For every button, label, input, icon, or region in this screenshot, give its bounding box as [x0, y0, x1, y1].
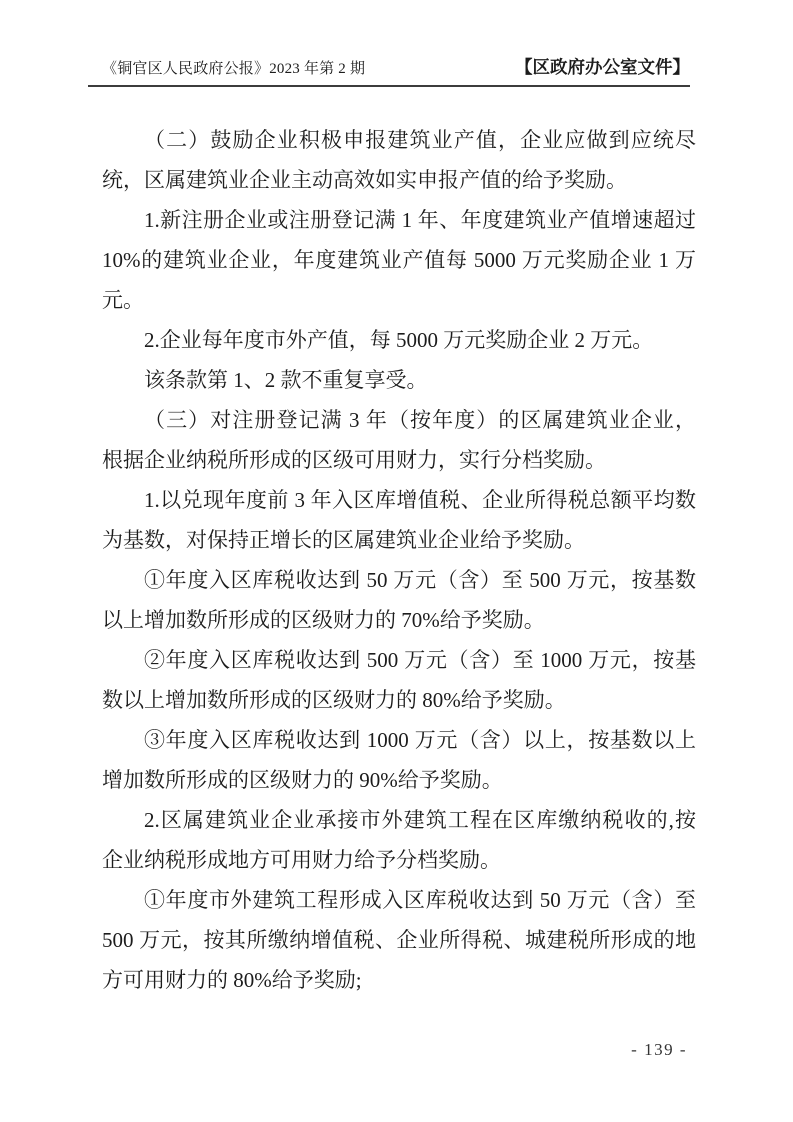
text-line: ②年度入区库税收达到 500 万元（含）至 1000 万元，按基	[102, 640, 696, 680]
text-line: ③年度入区库税收达到 1000 万元（含）以上，按基数以上	[102, 720, 696, 760]
paragraph: 2.企业每年度市外产值，每 5000 万元奖励企业 2 万元。	[102, 320, 696, 360]
text-line: ①年度入区库税收达到 50 万元（含）至 500 万元，按基数	[102, 560, 696, 600]
text-line: 数以上增加数所形成的区级财力的 80%给予奖励。	[102, 680, 696, 720]
document-page: 《铜官区人民政府公报》2023 年第 2 期 【区政府办公室文件】 （二）鼓励企…	[0, 0, 793, 1122]
text-line: 该条款第 1、2 款不重复享受。	[102, 360, 696, 400]
text-line: 统，区属建筑业企业主动高效如实申报产值的给予奖励。	[102, 160, 696, 200]
text-line: 企业纳税形成地方可用财力给予分档奖励。	[102, 840, 696, 880]
paragraph: ①年度入区库税收达到 50 万元（含）至 500 万元，按基数以上增加数所形成的…	[102, 560, 696, 640]
paragraph: 1.新注册企业或注册登记满 1 年、年度建筑业产值增速超过10%的建筑业企业，年…	[102, 200, 696, 320]
text-line: 1.新注册企业或注册登记满 1 年、年度建筑业产值增速超过	[102, 200, 696, 240]
text-line: 方可用财力的 80%给予奖励;	[102, 960, 696, 1000]
gazette-title: 《铜官区人民政府公报》2023 年第 2 期	[88, 57, 365, 78]
text-line: 2.区属建筑业企业承接市外建筑工程在区库缴纳税收的,按	[102, 800, 696, 840]
text-line: 1.以兑现年度前 3 年入区库增值税、企业所得税总额平均数	[102, 480, 696, 520]
text-line: 根据企业纳税所形成的区级可用财力，实行分档奖励。	[102, 440, 696, 480]
paragraph: （二）鼓励企业积极申报建筑业产值，企业应做到应统尽统，区属建筑业企业主动高效如实…	[102, 120, 696, 200]
paragraph: 2.区属建筑业企业承接市外建筑工程在区库缴纳税收的,按企业纳税形成地方可用财力给…	[102, 800, 696, 880]
paragraph: 1.以兑现年度前 3 年入区库增值税、企业所得税总额平均数为基数，对保持正增长的…	[102, 480, 696, 560]
text-line: 元。	[102, 280, 696, 320]
text-line: （三）对注册登记满 3 年（按年度）的区属建筑业企业，	[102, 400, 696, 440]
text-line: 500 万元，按其所缴纳增值税、企业所得税、城建税所形成的地	[102, 920, 696, 960]
paragraph: （三）对注册登记满 3 年（按年度）的区属建筑业企业，根据企业纳税所形成的区级可…	[102, 400, 696, 480]
text-line: 2.企业每年度市外产值，每 5000 万元奖励企业 2 万元。	[102, 320, 696, 360]
text-line: 10%的建筑业企业，年度建筑业产值每 5000 万元奖励企业 1 万	[102, 240, 696, 280]
page-number: - 139 -	[631, 1040, 687, 1060]
paragraph: ②年度入区库税收达到 500 万元（含）至 1000 万元，按基数以上增加数所形…	[102, 640, 696, 720]
text-line: 为基数，对保持正增长的区属建筑业企业给予奖励。	[102, 520, 696, 560]
section-label: 【区政府办公室文件】	[515, 54, 690, 79]
text-line: 增加数所形成的区级财力的 90%给予奖励。	[102, 760, 696, 800]
text-line: （二）鼓励企业积极申报建筑业产值，企业应做到应统尽	[102, 120, 696, 160]
document-body: （二）鼓励企业积极申报建筑业产值，企业应做到应统尽统，区属建筑业企业主动高效如实…	[102, 120, 696, 1000]
paragraph: ①年度市外建筑工程形成入区库税收达到 50 万元（含）至500 万元，按其所缴纳…	[102, 880, 696, 1000]
text-line: ①年度市外建筑工程形成入区库税收达到 50 万元（含）至	[102, 880, 696, 920]
paragraph: 该条款第 1、2 款不重复享受。	[102, 360, 696, 400]
page-header: 《铜官区人民政府公报》2023 年第 2 期 【区政府办公室文件】	[88, 54, 690, 87]
paragraph: ③年度入区库税收达到 1000 万元（含）以上，按基数以上增加数所形成的区级财力…	[102, 720, 696, 800]
text-line: 以上增加数所形成的区级财力的 70%给予奖励。	[102, 600, 696, 640]
